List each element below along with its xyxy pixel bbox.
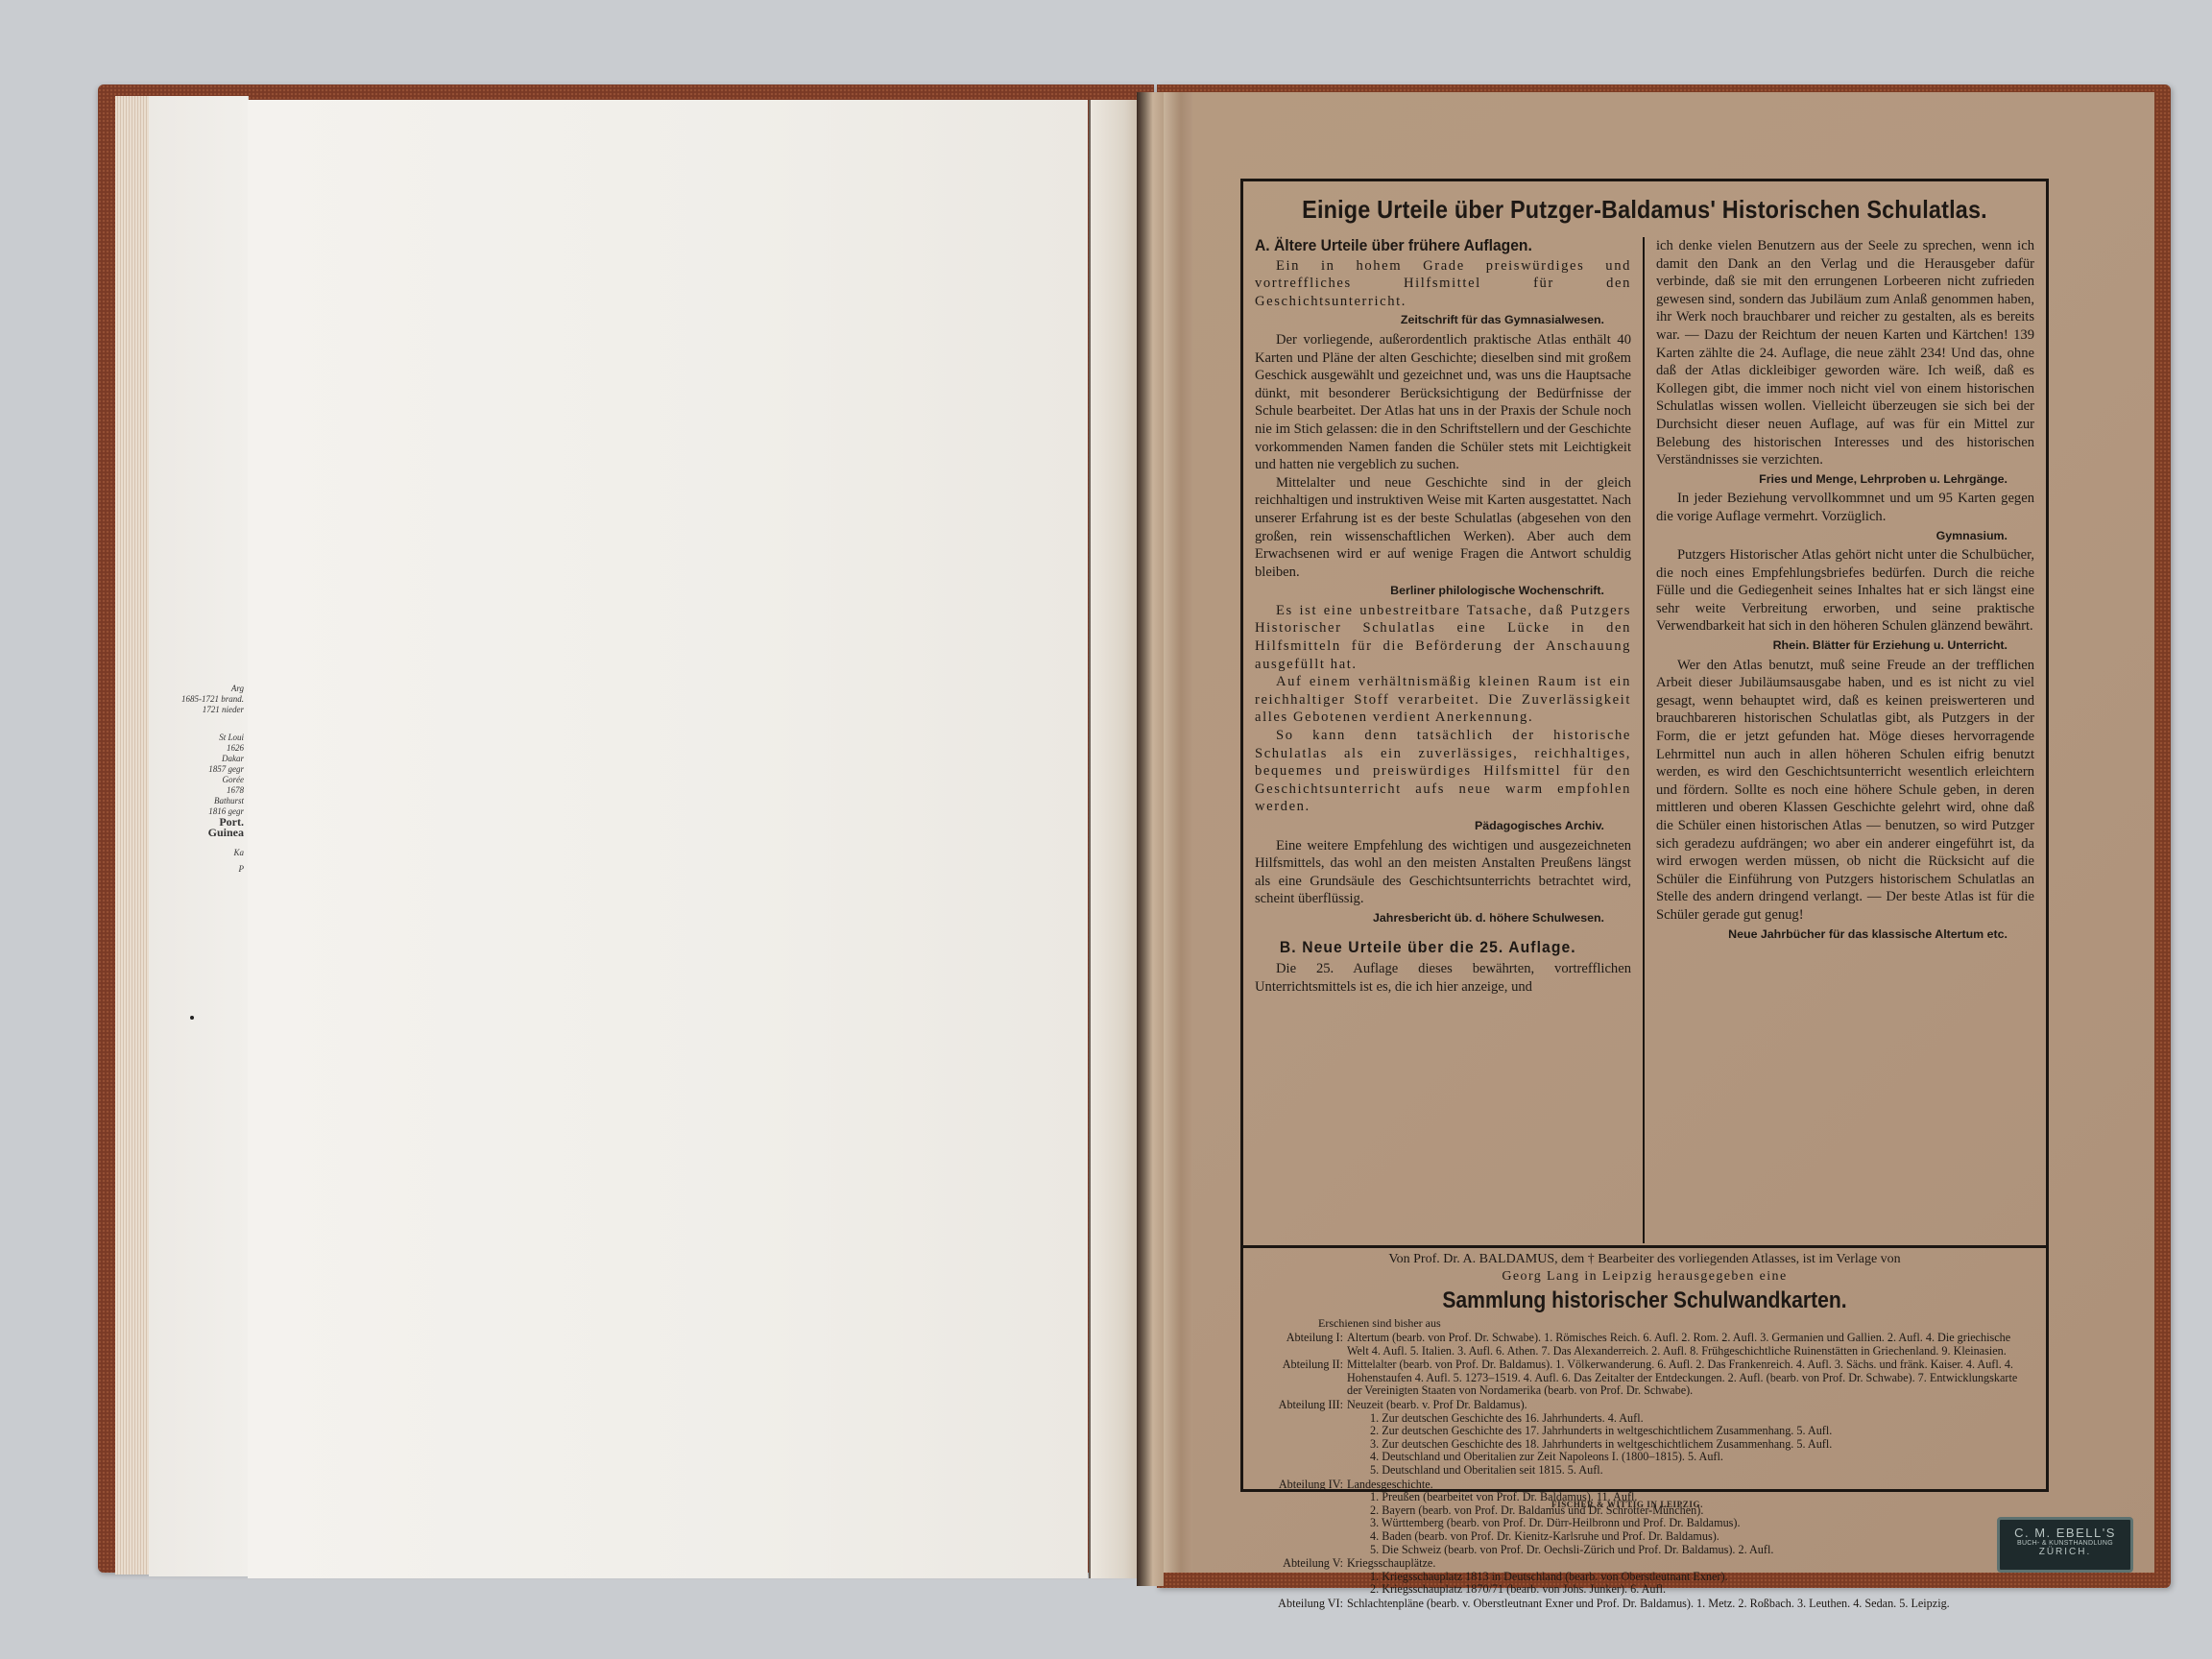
review-text: ich denke vielen Benutzern aus der Seele… <box>1656 237 2034 469</box>
review-text: Der vorliegende, außerordentlich praktis… <box>1255 331 1631 474</box>
review-text: Ein in hohem Grade preiswürdiges und vor… <box>1255 257 1631 311</box>
review-text: Die 25. Auflage dieses bewährten, vortre… <box>1255 960 1631 996</box>
review-text: So kann denn tatsächlich der historische… <box>1255 727 1631 816</box>
abteilung-body: Landesgeschichte. 1. Preußen (bearbeitet… <box>1347 1479 2046 1557</box>
review-source: Neue Jahrbücher für das klassische Alter… <box>1656 926 2034 944</box>
review-text: Auf einem verhältnismäßig kleinen Raum i… <box>1255 673 1631 727</box>
available-note: Erschienen sind bisher aus <box>1318 1316 2046 1331</box>
printer-imprint: FISCHER & WITTIG IN LEIPZIG. <box>1551 1500 1703 1509</box>
review-column-left: A. Ältere Urteile über frühere Auflagen.… <box>1243 237 1645 1243</box>
intro-line: Von Prof. Dr. A. BALDAMUS, dem † Bearbei… <box>1272 1251 2017 1268</box>
map-item: 5. Deutschland und Oberitalien seit 1815… <box>1347 1464 2034 1478</box>
abteilung-body: Neuzeit (bearb. v. Prof Dr. Baldamus). 1… <box>1347 1399 2046 1478</box>
book-gutter <box>1137 92 1164 1586</box>
abteilung-label: Abteilung IV: <box>1243 1479 1347 1557</box>
abteilung-1: Abteilung I: Altertum (bearb. von Prof. … <box>1243 1332 2046 1358</box>
bookseller-city: ZÜRICH. <box>2000 1547 2130 1557</box>
advert-intro: Von Prof. Dr. A. BALDAMUS, dem † Bearbei… <box>1243 1251 2046 1286</box>
map-item: 1. Zur deutschen Geschichte des 16. Jahr… <box>1347 1412 2034 1426</box>
review-source: Jahresbericht üb. d. höhere Schulwesen. <box>1255 909 1631 927</box>
map-fragment: Arg 1685-1721 brand. 1721 nieder St Loui… <box>179 684 244 856</box>
abteilung-body: Kriegsschauplätze. 1. Kriegsschauplatz 1… <box>1347 1557 2046 1597</box>
panel-title: Einige Urteile über Putzger-Baldamus' Hi… <box>1284 195 2006 225</box>
map-item: 3. Zur deutschen Geschichte des 18. Jahr… <box>1347 1438 2034 1452</box>
review-text: Mittelalter und neue Geschichte sind in … <box>1255 474 1631 582</box>
review-text: In jeder Beziehung vervollkommnet und um… <box>1656 490 2034 525</box>
map-item: 3. Württemberg (bearb. von Prof. Dr. Dür… <box>1347 1517 2034 1530</box>
page-edges <box>115 96 154 1575</box>
section-divider <box>1243 1245 2046 1248</box>
map-item: 5. Die Schweiz (bearb. von Prof. Dr. Oec… <box>1347 1544 2034 1557</box>
bookseller-label: C. M. EBELL'S BUCH- & KUNSTHANDLUNG ZÜRI… <box>1997 1517 2133 1573</box>
review-text: Putzgers Historischer Atlas gehört nicht… <box>1656 546 2034 636</box>
endpaper-crease <box>1164 92 1192 1573</box>
review-source: Zeitschrift für das Gymnasialwesen. <box>1255 311 1631 329</box>
map-label: St Loui <box>179 733 244 743</box>
abteilung-label: Abteilung I: <box>1243 1332 1347 1358</box>
abteilung-3: Abteilung III: Neuzeit (bearb. v. Prof D… <box>1243 1399 2046 1478</box>
abteilung-text: Landesgeschichte. <box>1347 1479 2034 1492</box>
review-text: Es ist eine unbestreitbare Tatsache, daß… <box>1255 602 1631 673</box>
hinge-strip <box>1089 100 1139 1578</box>
abteilung-label: Abteilung III: <box>1243 1399 1347 1478</box>
advert-title: Sammlung historischer Schulwandkarten. <box>1291 1287 1998 1314</box>
map-label: 1626 <box>179 743 244 754</box>
review-source: Rhein. Blätter für Erziehung u. Unterric… <box>1656 637 2034 655</box>
map-item: 2. Zur deutschen Geschichte des 17. Jahr… <box>1347 1425 2034 1438</box>
review-source: Pädagogisches Archiv. <box>1255 817 1631 835</box>
map-item: 1. Kriegsschauplatz 1813 in Deutschland … <box>1347 1571 2034 1584</box>
abteilung-4: Abteilung IV: Landesgeschichte. 1. Preuß… <box>1243 1479 2046 1557</box>
review-columns: A. Ältere Urteile über frühere Auflagen.… <box>1243 237 2046 1243</box>
intro-line: Georg Lang in Leipzig herausgegeben eine <box>1272 1268 2017 1286</box>
review-text: Eine weitere Empfehlung des wichtigen un… <box>1255 837 1631 908</box>
abteilung-label: Abteilung V: <box>1243 1557 1347 1597</box>
map-label: Dakar <box>179 754 244 764</box>
map-mark <box>190 1016 194 1020</box>
map-item: 2. Kriegsschauplatz 1870/71 (bearb. von … <box>1347 1583 2034 1597</box>
review-text: Wer den Atlas benutzt, muß seine Freude … <box>1656 657 2034 925</box>
abteilung-text: Altertum (bearb. von Prof. Dr. Schwabe).… <box>1347 1332 2046 1358</box>
review-column-right: ich denke vielen Benutzern aus der Seele… <box>1645 237 2046 1243</box>
reviews-panel: Einige Urteile über Putzger-Baldamus' Hi… <box>1240 179 2049 1492</box>
bookseller-type: BUCH- & KUNSTHANDLUNG <box>2000 1540 2130 1547</box>
map-label: Ka <box>179 848 244 858</box>
abteilung-5: Abteilung V: Kriegsschauplätze. 1. Krieg… <box>1243 1557 2046 1597</box>
abteilung-label: Abteilung II: <box>1243 1358 1347 1398</box>
section-b-heading: B. Neue Urteile über die 25. Auflage. <box>1255 939 1601 957</box>
abteilung-2: Abteilung II: Mittelalter (bearb. von Pr… <box>1243 1358 2046 1398</box>
map-label: 1685-1721 brand. <box>179 694 244 705</box>
section-a-heading: A. Ältere Urteile über frühere Auflagen. <box>1255 237 1601 255</box>
map-label: 1678 <box>179 785 244 796</box>
map-label: 1857 gegr <box>179 764 244 775</box>
review-source: Gymnasium. <box>1656 527 2034 545</box>
map-item: 4. Deutschland und Oberitalien zur Zeit … <box>1347 1451 2034 1464</box>
bookseller-name: C. M. EBELL'S <box>2000 1526 2130 1540</box>
blank-flyleaf-page <box>248 100 1088 1578</box>
abteilung-6: Abteilung VI: Schlachtenpläne (bearb. v.… <box>1243 1598 2046 1611</box>
abteilung-text: Schlachtenpläne (bearb. v. Oberstleutnan… <box>1347 1598 2046 1611</box>
abteilung-text: Mittelalter (bearb. von Prof. Dr. Baldam… <box>1347 1358 2046 1398</box>
review-source: Berliner philologische Wochenschrift. <box>1255 582 1631 600</box>
abteilung-text: Neuzeit (bearb. v. Prof Dr. Baldamus). <box>1347 1399 2034 1412</box>
abteilung-label: Abteilung VI: <box>1243 1598 1347 1611</box>
map-label: Guinea <box>179 828 244 838</box>
review-source: Fries und Menge, Lehrproben u. Lehrgänge… <box>1656 470 2034 489</box>
map-label: Gorée <box>179 775 244 785</box>
map-label: Bathurst <box>179 796 244 806</box>
map-label: 1721 nieder <box>179 705 244 715</box>
map-label: P <box>179 864 244 875</box>
map-item: 4. Baden (bearb. von Prof. Dr. Kienitz-K… <box>1347 1530 2034 1544</box>
map-label: Arg <box>179 684 244 694</box>
wall-maps-advert: Von Prof. Dr. A. BALDAMUS, dem † Bearbei… <box>1243 1251 2046 1610</box>
abteilung-text: Kriegsschauplätze. <box>1347 1557 2034 1571</box>
